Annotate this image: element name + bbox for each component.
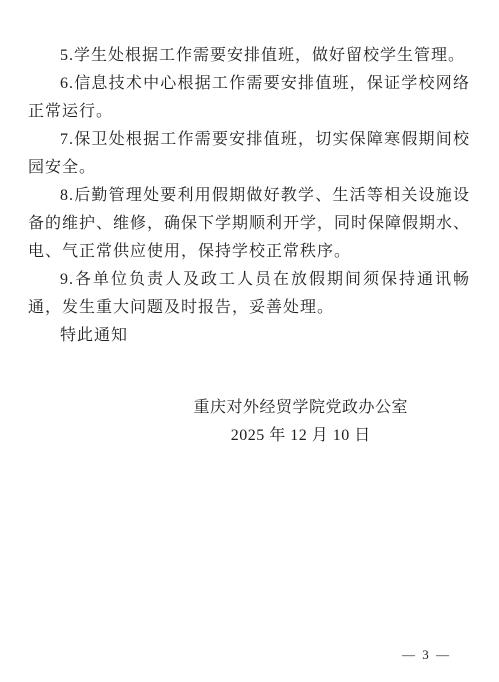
- page-number: — 3 —: [402, 648, 450, 662]
- paragraph-item-7: 7.保卫处根据工作需要安排值班，切实保障寒假期间校园安全。: [28, 126, 470, 182]
- document-page: 5.学生处根据工作需要安排值班，做好留校学生管理。 6.信息技术中心根据工作需要…: [0, 0, 499, 682]
- document-body: 5.学生处根据工作需要安排值班，做好留校学生管理。 6.信息技术中心根据工作需要…: [28, 42, 470, 450]
- paragraph-item-8: 8.后勤管理处要利用假期做好教学、生活等相关设施设备的维护、维修，确保下学期顺利…: [28, 182, 470, 266]
- paragraph-item-6: 6.信息技术中心根据工作需要安排值班，保证学校网络正常运行。: [28, 70, 470, 126]
- issuer-name: 重庆对外经贸学院党政办公室: [193, 394, 408, 422]
- paragraph-item-9: 9.各单位负责人及政工人员在放假期间须保持通讯畅通，发生重大问题及时报告，妥善处…: [28, 266, 470, 322]
- closing-phrase: 特此通知: [28, 322, 470, 350]
- issue-date: 2025 年 12 月 10 日: [231, 422, 371, 450]
- signature-block: 重庆对外经贸学院党政办公室 2025 年 12 月 10 日: [193, 394, 408, 450]
- paragraph-item-5: 5.学生处根据工作需要安排值班，做好留校学生管理。: [28, 42, 470, 70]
